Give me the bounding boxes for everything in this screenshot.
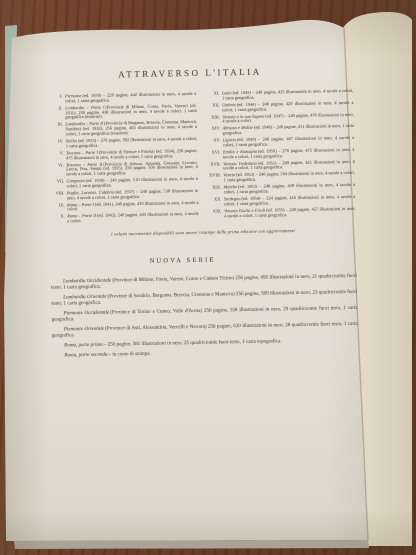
volume-details: (ed. 1954) – 224 pagine, 416 illustrazio… [224,194,355,206]
volume-details: (ed. 1936) – 240 pagine, 510 illustrazio… [67,176,198,188]
volume-numeral: XV. [205,138,223,148]
catalog-entry: III. Lombardia – Parte II(Provincie di B… [48,120,197,137]
volume-description: Lombardia – Parte II(Provincie di Bergam… [65,120,197,137]
footnote: I volumi nuovamente disponibili sono nuo… [50,227,356,238]
volume-numeral: II. [48,106,66,121]
volume-numeral: V. [48,151,66,161]
volume-details: (ed. 1949) – 240 pagine, 467 illustrazio… [223,135,354,147]
volume-numeral: XXI. [207,209,225,219]
catalog-column-right: XI. Lazio(ed. 1943) – 240 pagine, 415 il… [204,89,356,224]
catalog-column-left: I. Piemonte(ed. 1930) – 228 pagine, 442 … [47,92,199,227]
series-item: Roma, parte seconda– in corso di stampa. [52,348,358,360]
photo-of-open-book: ATTRAVERSO L'ITALIA I. Piemonte(ed. 1930… [0,0,416,555]
volume-details: (ed. 1944) – 240 pagine, 429 illustrazio… [222,100,353,112]
volume-details: (ed. 1953) – 240 pagine, 438 illustrazio… [224,182,355,194]
volume-numeral: VII. [49,179,67,189]
catalog-entry: II. Lombardia – Parte I(Provincie di Mil… [48,104,197,121]
volume-numeral: XIV. [205,127,223,137]
volume-description: Lombardia – Parte I(Provincie di Milano,… [65,104,197,121]
catalog-entry: VI. Toscana – Parte II(Provincie di Arez… [49,160,198,177]
volume-description: Toscana – Parte II(Provincie di Arezzo, … [66,160,198,177]
nuova-serie-heading: NUOVA SERIE [51,254,357,267]
volume-numeral: I. [47,94,65,104]
volume-description: Venezia Giulia e Friuli(ed. 1955) – 240 … [224,207,356,219]
volume-numeral: X. [50,215,68,225]
volume-details: (ed. 1952) – 240 pagine, 504 illustrazio… [223,170,354,182]
volume-numeral: VIII. [49,191,67,201]
volume-numeral: III. [48,123,66,138]
volume-numeral: VI. [49,163,67,178]
volume-details: (ed. 1943) – 240 pagine, 415 illustrazio… [222,88,353,100]
volume-numeral: XVIII. [206,174,224,184]
volume-numeral: IV. [48,139,66,149]
series-item-name: Roma, parte seconda [64,352,107,359]
volume-numeral: XIX. [206,186,224,196]
series-item: Piemonte Orientale(Province di Asti, Ale… [52,322,358,340]
volume-details: (ed. 1930) – 228 pagine, 442 illustrazio… [65,91,196,103]
volume-description: Roma – Parte II(ed. 1942), 240 pagine, 4… [67,212,199,224]
volume-numeral: XVII. [206,162,224,172]
volume-numeral: XIII. [205,115,223,125]
catalog-columns: I. Piemonte(ed. 1930) – 228 pagine, 442 … [47,89,355,227]
catalog-entry: XXI. Venezia Giulia e Friuli(ed. 1955) –… [207,207,356,219]
series-item-name: Roma, parte prima [64,342,103,349]
catalog-entry: X. Roma – Parte II(ed. 1942), 240 pagine… [50,212,199,224]
volume-details: (ed. 1933) – 270 pagine, 502 illustrazio… [66,136,197,148]
volume-numeral: XX. [206,197,224,207]
nuova-serie-list: Lombardia Occidentale(Province di Milano… [51,274,358,360]
page-title: ATTRAVERSO L'ITALIA [47,65,333,80]
volume-numeral: XI. [204,91,222,101]
volume-numeral: XVI. [205,150,223,160]
volume-numeral: XII. [205,103,223,113]
series-item-details: – in corso di stampa. [108,351,150,358]
volume-numeral: IX. [49,203,67,213]
page-content: ATTRAVERSO L'ITALIA I. Piemonte(ed. 1930… [12,21,374,544]
series-item-details: – 256 pagine, 381 illustrazioni in nero,… [104,338,282,347]
